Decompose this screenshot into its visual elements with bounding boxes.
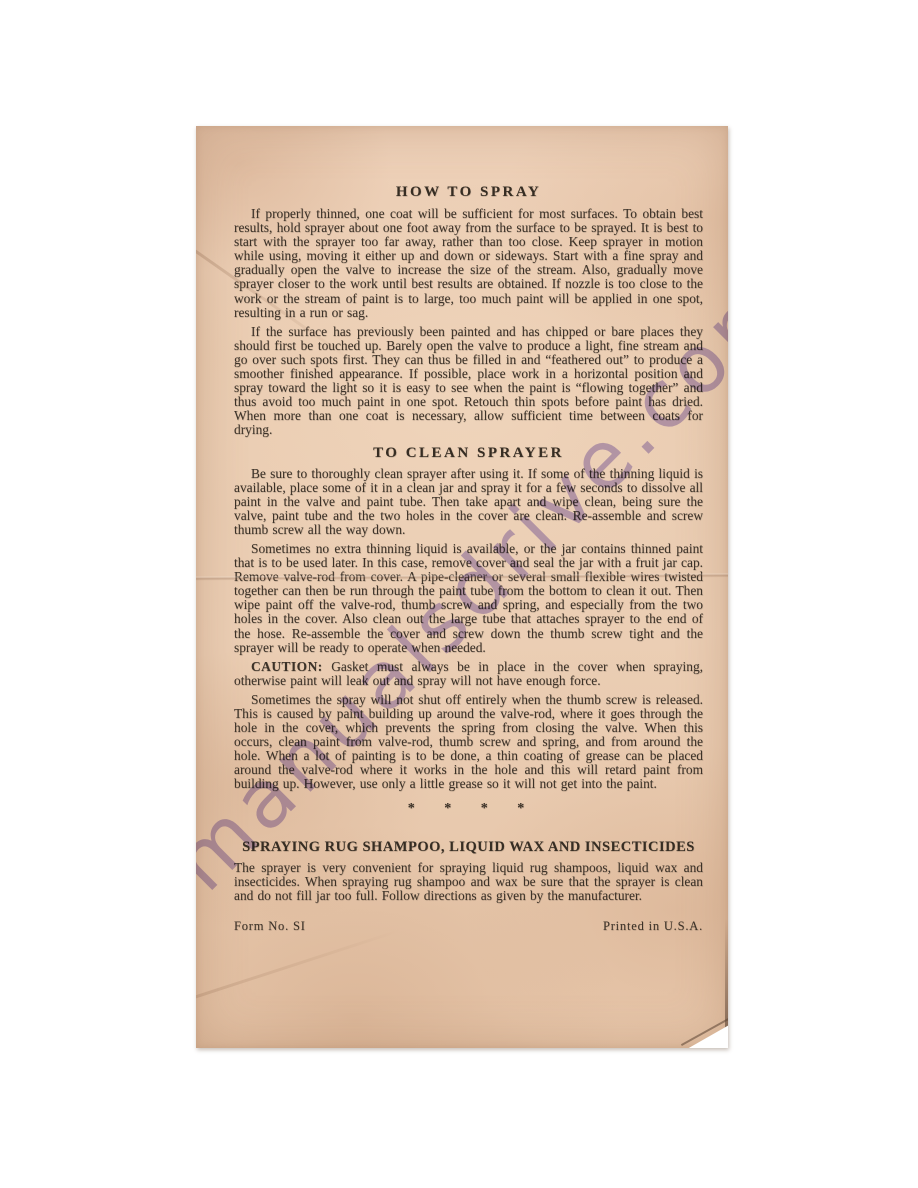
paragraph-clean-2: Sometimes no extra thinning liquid is av… (234, 542, 703, 655)
paragraph-clean-3: Sometimes the spray will not shut off en… (234, 693, 703, 792)
paragraph-clean-1: Be sure to thoroughly clean sprayer afte… (234, 467, 703, 537)
paragraph-spray-1: If properly thinned, one coat will be su… (234, 207, 703, 320)
caution-label: CAUTION: (251, 659, 323, 674)
page-footer: Form No. SI Printed in U.S.A. (234, 919, 703, 934)
paragraph-caution: CAUTION: Gasket must always be in place … (234, 660, 703, 688)
section-title-rug-shampoo: SPRAYING RUG SHAMPOO, LIQUID WAX AND INS… (234, 839, 703, 856)
scanned-instruction-sheet: HOW TO SPRAY If properly thinned, one co… (196, 126, 728, 1048)
printed-in-usa: Printed in U.S.A. (603, 919, 703, 934)
paragraph-spray-2: If the surface has previously been paint… (234, 325, 703, 438)
page-content: HOW TO SPRAY If properly thinned, one co… (234, 126, 703, 934)
asterisk-separator: * * * * (234, 801, 703, 817)
diagonal-wrinkle-bottom-left (196, 929, 401, 1006)
paper-edge-shadow (725, 918, 728, 1028)
paragraph-rug-shampoo: The sprayer is very convenient for spray… (234, 861, 703, 903)
section-title-to-clean-sprayer: TO CLEAN SPRAYER (234, 445, 703, 462)
form-number: Form No. SI (234, 919, 306, 934)
section-title-how-to-spray: HOW TO SPRAY (234, 184, 703, 201)
